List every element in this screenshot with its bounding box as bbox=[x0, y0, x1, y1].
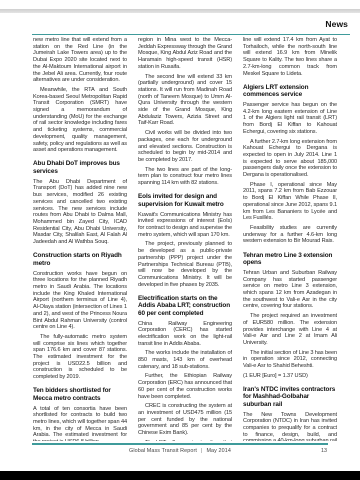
article-heading: EoIs invited for design and supervision … bbox=[138, 193, 232, 208]
footer-publication: Global Mass Transit Report bbox=[129, 448, 197, 454]
report-page: News new metro line that will extend fro… bbox=[0, 0, 360, 480]
paragraph: Feasibility studies are currently underw… bbox=[243, 225, 337, 245]
text-column: line will extend 17.4 km from Ayat to To… bbox=[243, 37, 337, 441]
paragraph: Kuwait's Communications Ministry has inv… bbox=[138, 212, 232, 239]
paragraph: The two lines are part of the long-term … bbox=[138, 167, 232, 187]
paragraph: line will extend 17.4 km from Ayat to To… bbox=[243, 37, 337, 77]
columns-container: new metro line that will extend from a s… bbox=[33, 37, 337, 441]
paragraph: Meanwhile, the RTA and South Korea-based… bbox=[33, 87, 127, 154]
paragraph: CREC is constructing the system at an in… bbox=[138, 403, 232, 437]
section-title: News bbox=[325, 19, 350, 29]
paragraph: The fully-automatic metro system will co… bbox=[33, 334, 127, 381]
article-heading: Algiers LRT extension commences service bbox=[243, 84, 337, 99]
article-heading: Iran's NTDC invites contractors for Mash… bbox=[243, 386, 337, 408]
paragraph: The second line will extend 33 km (parti… bbox=[138, 74, 232, 128]
article-heading: Electrification starts on the Addis Abab… bbox=[138, 295, 232, 317]
paragraph: The initial section of Line 3 has been i… bbox=[243, 350, 337, 370]
paragraph: Passenger service has begun on the 4.2-k… bbox=[243, 102, 337, 136]
article-heading: Abu Dhabi DoT improves bus services bbox=[33, 160, 127, 175]
paragraph: The LRT will comprise two lines that tog… bbox=[138, 440, 232, 441]
paragraph: The New Towns Development Corporation (N… bbox=[243, 412, 337, 441]
paragraph: new metro line that will extend from a s… bbox=[33, 37, 127, 84]
paragraph: Civil works will be divided into two pac… bbox=[138, 130, 232, 164]
footer-rule bbox=[32, 443, 328, 445]
page-header: News bbox=[32, 14, 350, 35]
paragraph: Phase I, operational since May 2011, spa… bbox=[243, 182, 337, 222]
paragraph: The works include the installation of 85… bbox=[138, 350, 232, 370]
page-top-edge bbox=[0, 9, 360, 13]
article-heading: Tehran metro Line 3 extension opens bbox=[243, 252, 337, 267]
paragraph: A total of ten consortia have been short… bbox=[33, 406, 127, 441]
paragraph: Further, the Ethiopian Railway Corporati… bbox=[138, 373, 232, 400]
paragraph: Tehran Urban and Suburban Railway Compan… bbox=[243, 270, 337, 310]
paragraph: The Abu Dhabi Department of Transport (D… bbox=[33, 179, 127, 246]
article-heading: Ten bidders shortlisted for Mecca metro … bbox=[33, 387, 127, 402]
page-footer: Global Mass Transit Report|May 2014 bbox=[32, 448, 328, 454]
paragraph: The project, previously planned to be de… bbox=[138, 241, 232, 288]
paragraph: The project required an investment of EU… bbox=[243, 313, 337, 347]
page-number: 13 bbox=[321, 448, 327, 454]
text-column: new metro line that will extend from a s… bbox=[33, 37, 127, 441]
article-heading: Construction starts on Riyadh metro bbox=[33, 252, 127, 267]
paragraph: China Railway Engineering Corporation (C… bbox=[138, 321, 232, 348]
text-column: region in Mina west to the Mecca-Jeddah … bbox=[138, 37, 232, 441]
footer-separator: | bbox=[201, 448, 203, 454]
paragraph: (1 EUR [Euro] = 1.37 USD) bbox=[243, 373, 337, 380]
paragraph: region in Mina west to the Mecca-Jeddah … bbox=[138, 37, 232, 71]
footer-date: May 2014 bbox=[206, 448, 230, 454]
paragraph: Construction works have begun on three l… bbox=[33, 271, 127, 331]
paragraph: A further 2.7-km long extension from Kah… bbox=[243, 139, 337, 179]
bottom-bar bbox=[0, 471, 360, 480]
